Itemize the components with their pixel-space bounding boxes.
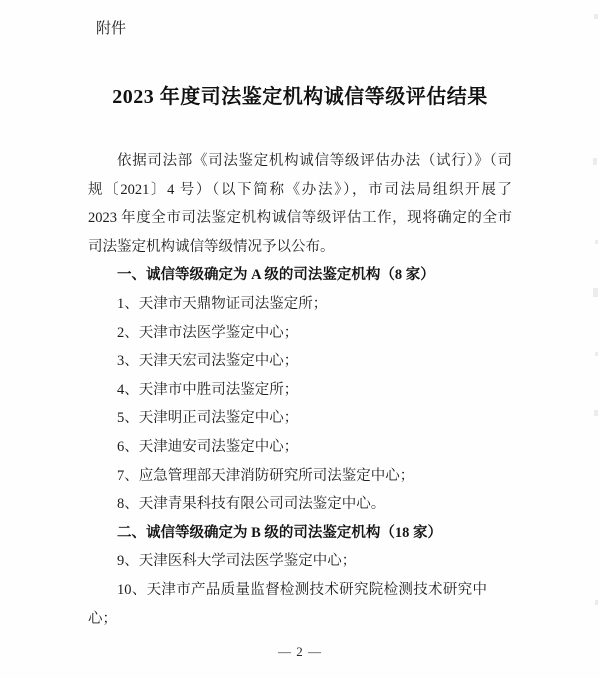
list-item: 2、天津市法医学鉴定中心；	[88, 319, 512, 348]
page-number: — 2 —	[0, 644, 600, 660]
list-item: 4、天津市中胜司法鉴定所；	[88, 376, 512, 405]
list-item: 6、天津迪安司法鉴定中心；	[88, 433, 512, 462]
scan-noise-speck	[595, 600, 598, 605]
scan-noise-speck	[594, 14, 598, 19]
scan-noise-speck	[593, 158, 597, 165]
list-item: 1、天津市天鼎物证司法鉴定所；	[88, 290, 512, 319]
list-item: 8、天津青果科技有限公司司法鉴定中心。	[88, 490, 512, 519]
scan-noise-speck	[593, 288, 598, 297]
list-item: 7、应急管理部天津消防研究所司法鉴定中心；	[88, 462, 512, 491]
list-item: 9、天津医科大学司法医学鉴定中心；	[88, 547, 512, 576]
intro-line-3: 2023 年度全市司法鉴定机构诚信等级评估工作，现将确定的全市	[88, 204, 512, 233]
document-page: 附件 2023 年度司法鉴定机构诚信等级评估结果 依据司法部《司法鉴定机构诚信等…	[0, 0, 600, 678]
scan-noise-speck	[595, 240, 598, 244]
scan-noise-speck	[595, 352, 598, 356]
document-body: 依据司法部《司法鉴定机构诚信等级评估办法（试行）》（司 规〔2021〕4 号）（…	[88, 147, 512, 633]
attachment-label: 附件	[96, 17, 126, 38]
section-b-heading: 二、诚信等级确定为 B 级的司法鉴定机构（18 家）	[88, 519, 512, 548]
scan-noise-speck	[594, 410, 598, 416]
list-item: 5、天津明正司法鉴定中心；	[88, 404, 512, 433]
intro-line-1: 依据司法部《司法鉴定机构诚信等级评估办法（试行）》（司	[88, 147, 512, 176]
list-item: 10、天津市产品质量监督检测技术研究院检测技术研究中心；	[88, 576, 487, 633]
list-item: 3、天津天宏司法鉴定中心；	[88, 347, 512, 376]
document-title: 2023 年度司法鉴定机构诚信等级评估结果	[0, 80, 600, 109]
section-a-heading: 一、诚信等级确定为 A 级的司法鉴定机构（8 家）	[88, 261, 512, 290]
intro-line-2: 规〔2021〕4 号）（以下简称《办法》），市司法局组织开展了	[88, 176, 512, 205]
intro-line-4: 司法鉴定机构诚信等级情况予以公布。	[88, 233, 512, 262]
